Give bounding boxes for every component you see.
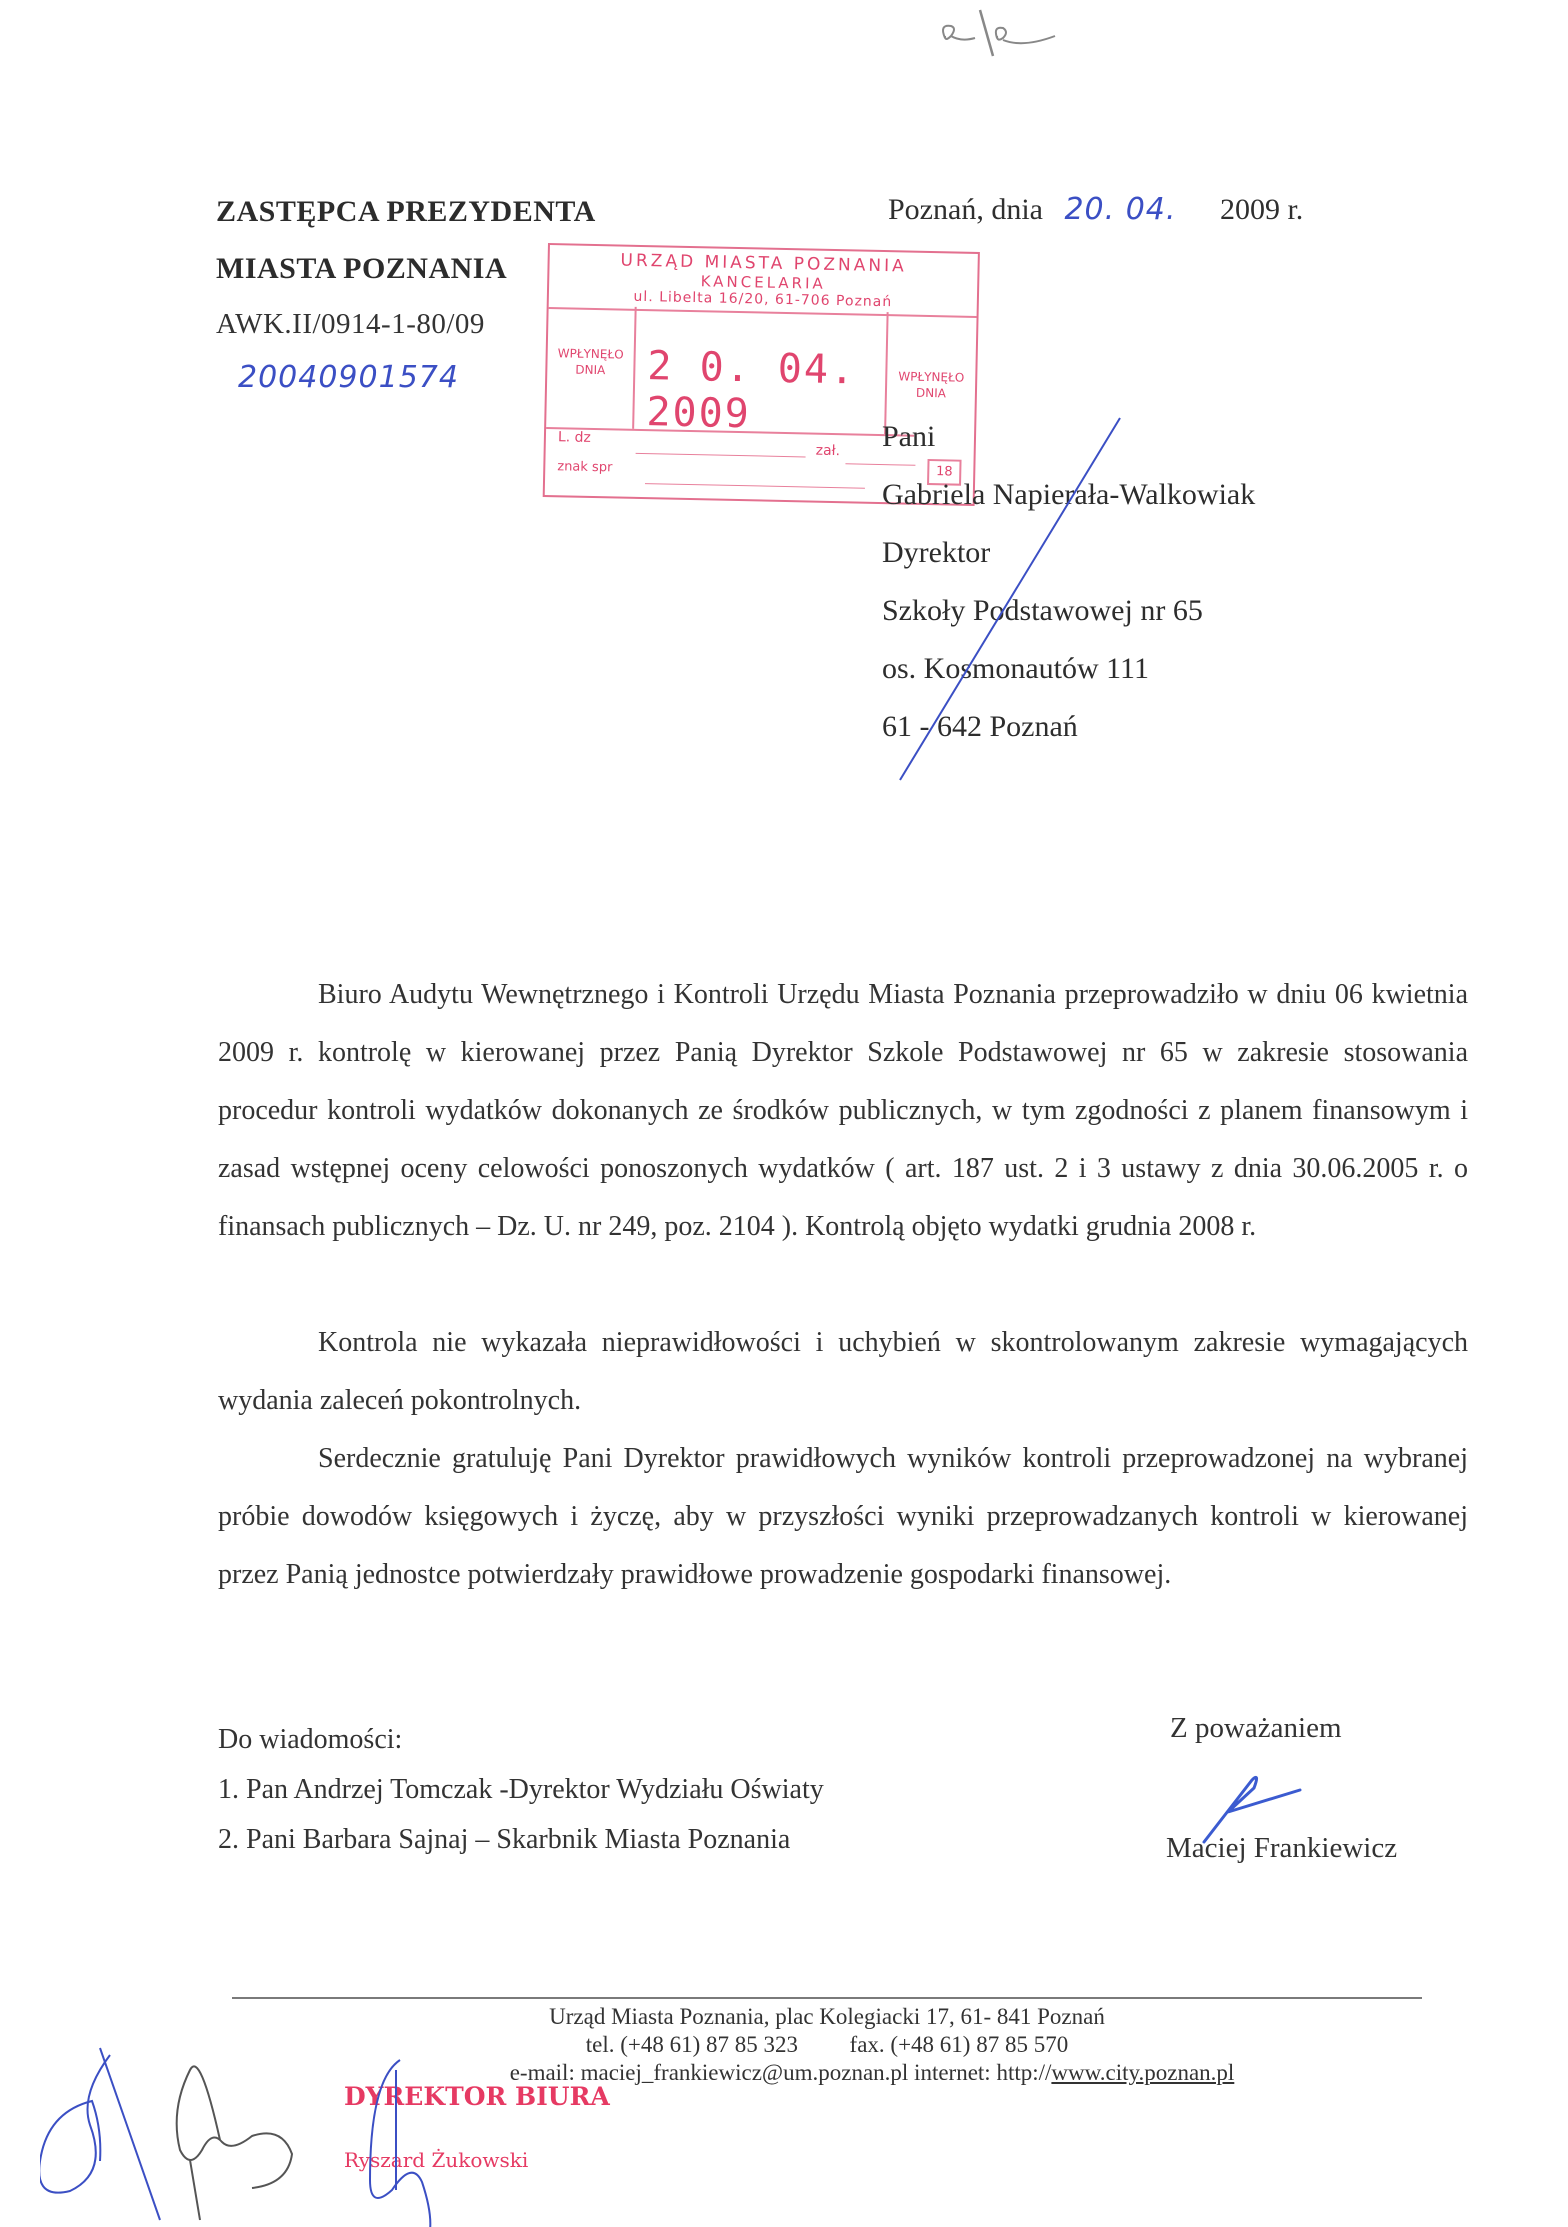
valediction: Z poważaniem (1170, 1712, 1342, 1745)
footer-fax: fax. (+48 61) 87 85 570 (850, 2032, 1069, 2057)
approval-signatures-icon (40, 2030, 560, 2227)
stamp-label-left: WPŁYNĘŁO DNIA (553, 345, 628, 379)
reference-number: AWK.II/0914-1-80/09 (216, 308, 485, 341)
place-date-line: Poznań, dnia 20. 04. 2009 r. (888, 192, 1303, 227)
signatory-name: Maciej Frankiewicz (1166, 1832, 1397, 1865)
pen-stroke-icon (880, 410, 1140, 790)
stamp-label-right: WPŁYNĘŁO DNIA (891, 368, 972, 402)
distribution-item: 1. Pan Andrzej Tomczak -Dyrektor Wydział… (218, 1765, 824, 1815)
footer-address: Urząd Miasta Poznania, plac Kolegiacki 1… (232, 2003, 1422, 2031)
stamp-field-ldz-line (636, 453, 806, 458)
footer-website-link[interactable]: www.city.poznan.pl (1051, 2060, 1234, 2085)
footer-divider (232, 1997, 1422, 1999)
body-paragraph-3: Serdecznie gratuluję Pani Dyrektor prawi… (218, 1430, 1468, 1604)
place-date-prefix: Poznań, dnia (888, 193, 1043, 226)
sender-title-line2: MIASTA POZNANIA (216, 252, 507, 286)
stamp-field-znak: znak spr (557, 459, 612, 475)
handwritten-registry-number: 20040901574 (238, 360, 459, 395)
distribution-item: 2. Pani Barbara Sajnaj – Skarbnik Miasta… (218, 1815, 824, 1865)
stamp-field-zal: zał. (816, 443, 841, 460)
distribution-heading: Do wiadomości: (218, 1715, 824, 1765)
distribution-list: Do wiadomości: 1. Pan Andrzej Tomczak -D… (218, 1715, 824, 1865)
year-suffix: 2009 r. (1220, 193, 1303, 226)
stamp-divider-left (632, 307, 637, 429)
stamp-field-ldz: L. dz (558, 429, 591, 446)
handwritten-date: 20. 04. (1064, 192, 1176, 227)
body-paragraph-2: Kontrola nie wykazała nieprawidłowości i… (218, 1314, 1468, 1430)
footer-tel: tel. (+48 61) 87 85 323 (586, 2032, 798, 2057)
stamp-field-znak-line (645, 483, 865, 489)
sender-title-line1: ZASTĘPCA PREZYDENTA (216, 195, 596, 229)
body-paragraph-1: Biuro Audytu Wewnętrznego i Kontroli Urz… (218, 966, 1468, 1256)
handwritten-initials-icon (935, 8, 1075, 58)
top-annotation (935, 8, 1075, 58)
